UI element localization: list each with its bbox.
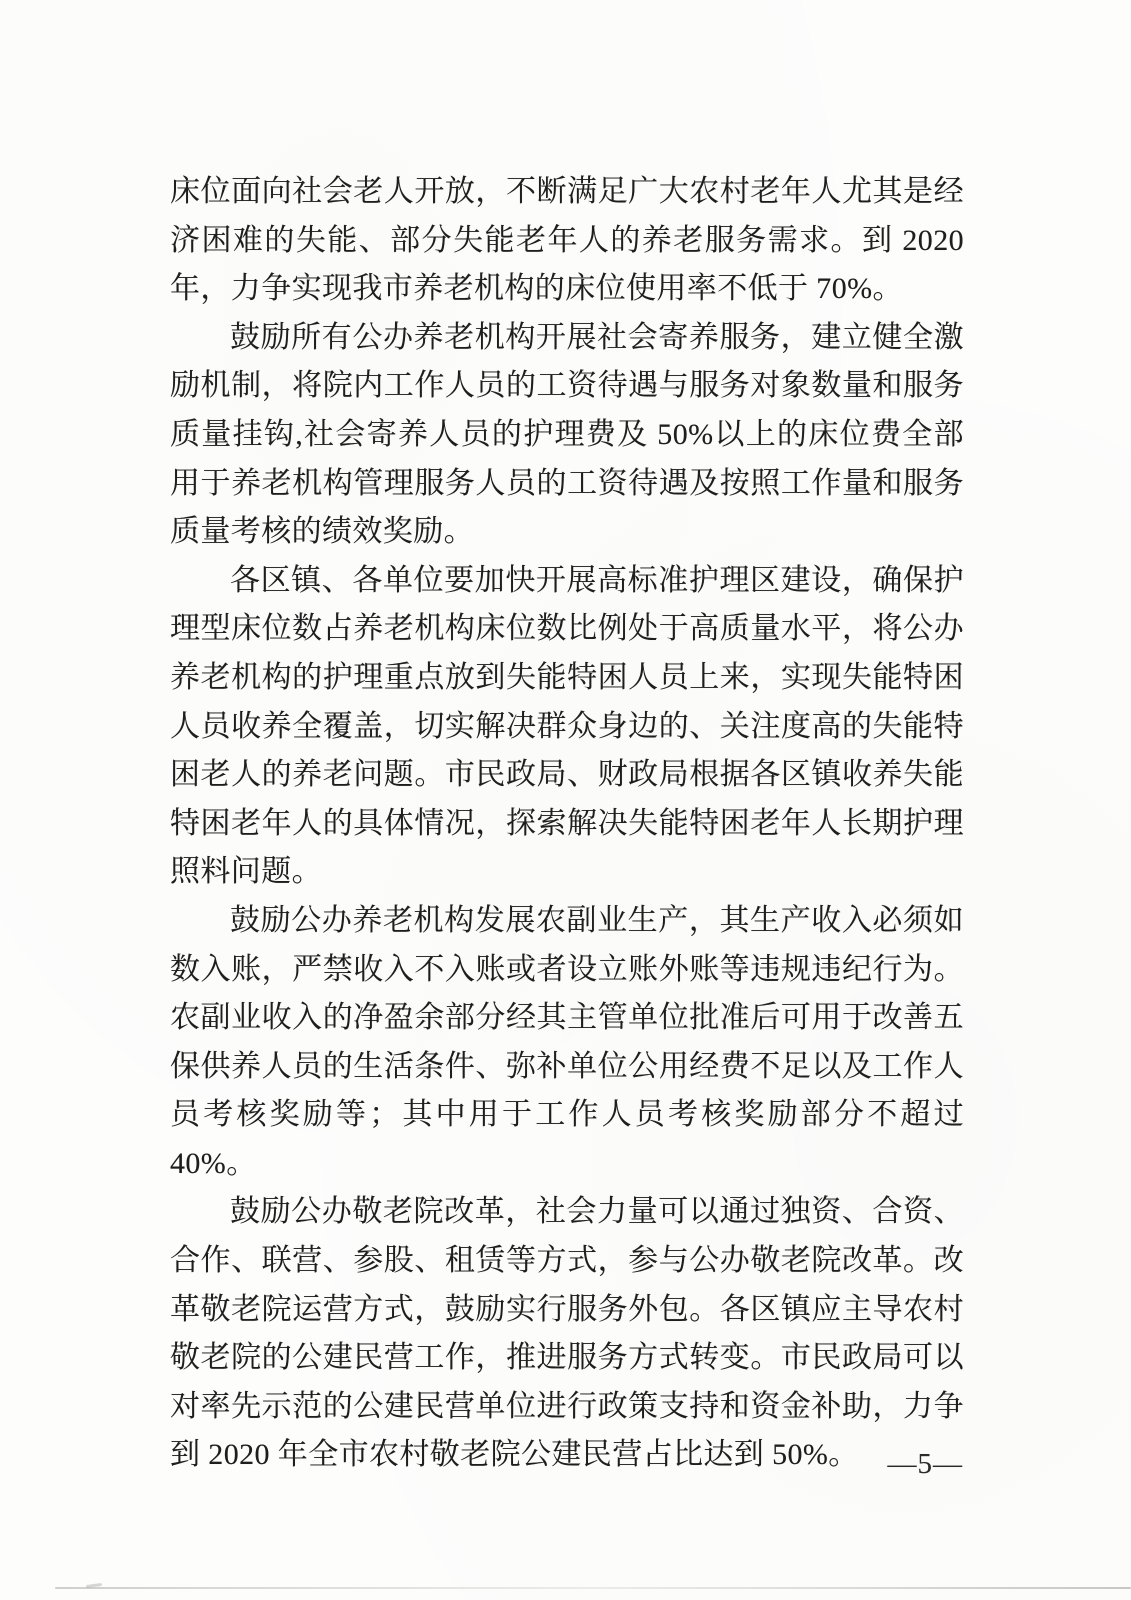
paragraph-2: 鼓励所有公办养老机构开展社会寄养服务，建立健全激励机制，将院内工作人员的工资待遇… bbox=[170, 314, 964, 557]
scan-artifact-line bbox=[55, 1587, 1131, 1589]
paragraph-3: 各区镇、各单位要加快开展高标准护理区建设，确保护理型床位数占养老机构床位数比例处… bbox=[170, 557, 964, 897]
paragraph-4: 鼓励公办养老机构发展农副业生产，其生产收入必须如数入账，严禁收入不入账或者设立账… bbox=[170, 897, 964, 1189]
document-text-block: 床位面向社会老人开放，不断满足广大农村老年人尤其是经济困难的失能、部分失能老年人… bbox=[170, 168, 964, 1480]
paragraph-1: 床位面向社会老人开放，不断满足广大农村老年人尤其是经济困难的失能、部分失能老年人… bbox=[170, 168, 964, 314]
document-page: 床位面向社会老人开放，不断满足广大农村老年人尤其是经济困难的失能、部分失能老年人… bbox=[0, 0, 1131, 1600]
page-number: —5— bbox=[888, 1448, 964, 1481]
paragraph-5: 鼓励公办敬老院改革，社会力量可以通过独资、合资、合作、联营、参股、租赁等方式，参… bbox=[170, 1188, 964, 1480]
